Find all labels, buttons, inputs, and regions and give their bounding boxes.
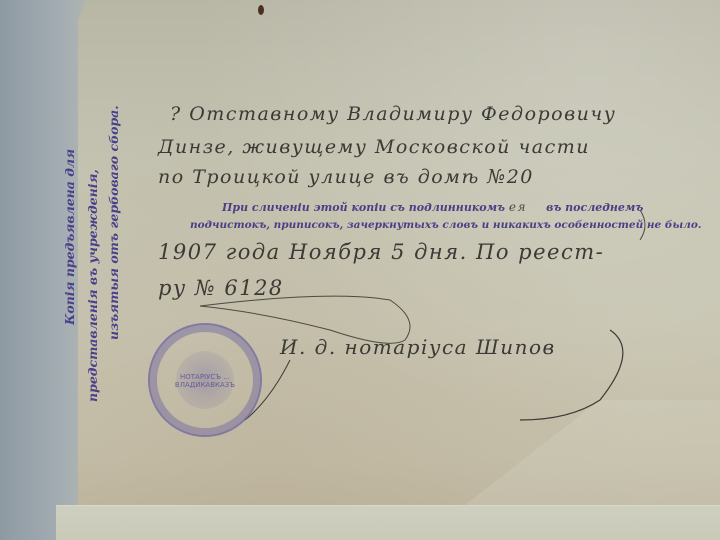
pen-flourishes bbox=[0, 0, 720, 540]
notary-seal: НОТАРІУСЪ ... ВЛАДИКАВКАЗЪ bbox=[148, 323, 262, 437]
notary-signature: И. д. нотаріуса Шипов bbox=[280, 335, 556, 359]
seal-text: НОТАРІУСЪ ... ВЛАДИКАВКАЗЪ bbox=[150, 373, 260, 389]
